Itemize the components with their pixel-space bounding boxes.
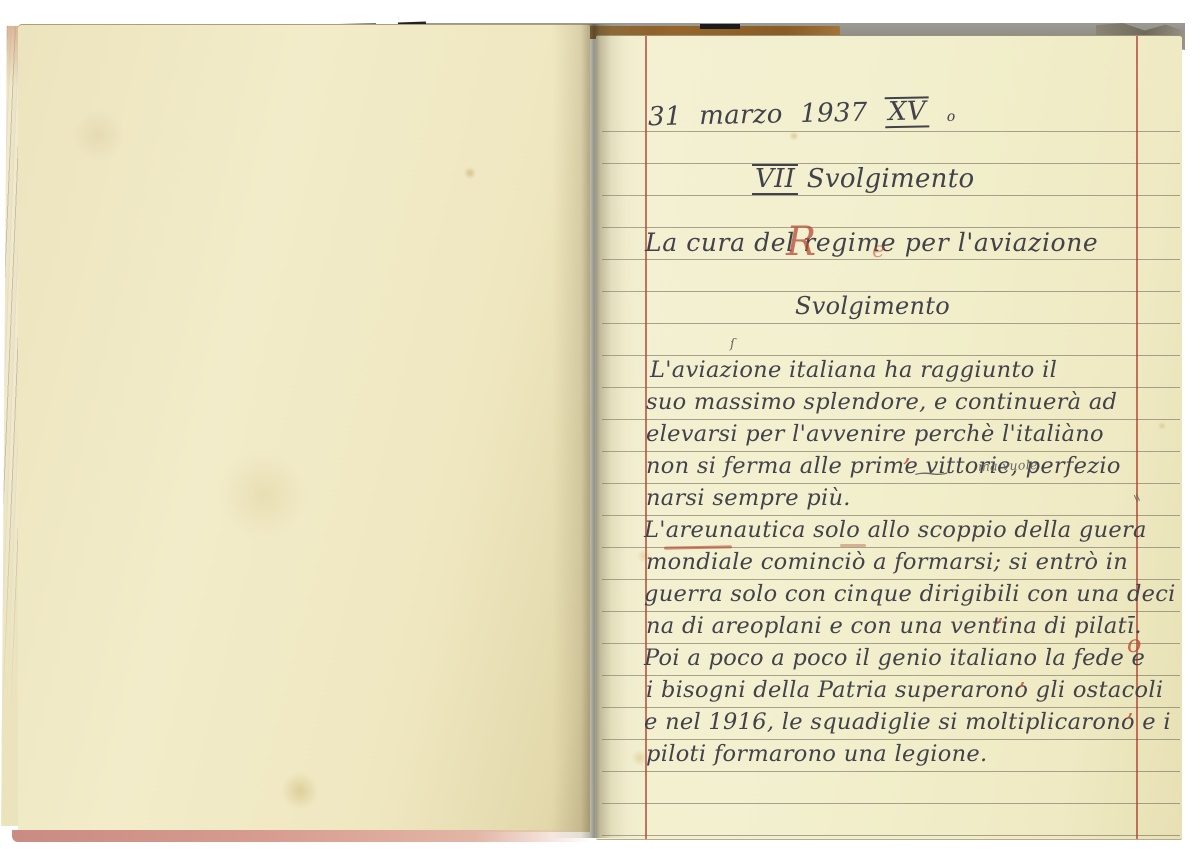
handwriting-layer: 31 marzo 1937 XV o VII Svolgimento La cu… <box>0 0 1200 849</box>
notebook-scan: 31 marzo 1937 XV o VII Svolgimento La cu… <box>0 0 1200 849</box>
red-comma-correction: , <box>996 600 1004 625</box>
handwriting-line: suo massimo splendore, e continuerà ad <box>646 391 1117 414</box>
red-capital-r-correction: R <box>786 222 816 262</box>
red-faint-e-correction: e <box>872 240 885 262</box>
section-heading: Svolgimento <box>795 294 950 318</box>
fascist-era-numeral: XV <box>885 96 930 128</box>
handwriting-line: elevarsi per l'avvenire perchè l'italiàn… <box>646 423 1104 446</box>
handwriting-line: mondiale cominciò a formarsi; si entrò i… <box>646 551 1128 574</box>
handwriting-line: L'aviazione italiana ha raggiunto il <box>650 359 1057 382</box>
anno-mark: o <box>947 109 956 125</box>
handwriting-line: L'areunautica solo allo scoppio della gu… <box>644 519 1147 542</box>
handwriting-line: i bisogni della Patria superarono gli os… <box>646 679 1163 702</box>
handwriting-line: narsi sempre più. <box>646 487 851 510</box>
handwriting-line: non si ferma alle prime vittorie, perfez… <box>646 455 1121 478</box>
exercise-heading: VII Svolgimento <box>752 164 974 195</box>
red-smudge-mark <box>840 544 866 547</box>
handwriting-line: Poi a poco a poco il genio italiano la f… <box>644 647 1145 670</box>
red-comma-correction: , <box>1018 664 1026 689</box>
red-o-correction: o <box>1127 632 1142 656</box>
exercise-label: Svolgimento <box>807 164 975 194</box>
wavy-overline-mark: ~ <box>910 466 954 482</box>
handwriting-line: na di areoplani e con una ventina di pil… <box>646 615 1142 638</box>
stray-pencil-mark: ſ <box>730 338 735 351</box>
handwriting-line: guerra solo con cinque dirigibili con un… <box>644 583 1176 606</box>
handwriting-line: e nel 1916, le squadiglie si moltiplicar… <box>644 711 1171 734</box>
exercise-numeral: VII <box>752 164 798 195</box>
date-heading: 31 marzo 1937 XV o <box>648 96 956 133</box>
margin-tick-mark: = <box>1130 491 1145 505</box>
red-comma-correction: , <box>1126 695 1134 720</box>
interlinear-note: ma vuole <box>978 459 1038 474</box>
handwriting-line: piloti formarono una legione. <box>646 743 987 766</box>
date-text: 31 marzo 1937 <box>648 98 868 133</box>
red-comma-correction: , <box>903 440 912 466</box>
